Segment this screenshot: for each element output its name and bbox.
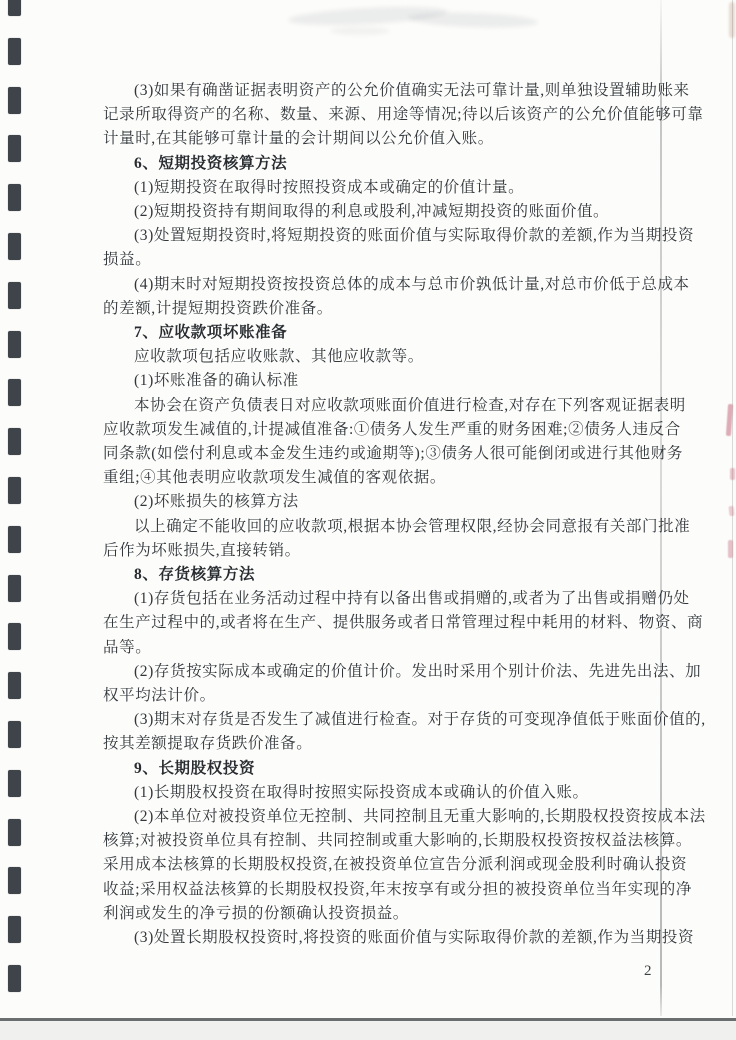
scanned-document-page: (3)如果有确凿证据表明资产的公允价值确实无法可靠计量,则单独设置辅助账来记录所…	[0, 0, 736, 1040]
binding-hole	[8, 184, 21, 211]
edge-stain-mark	[729, 2, 735, 38]
body-text-line: 采用成本法核算的长期股权投资,在被投资单位宣告分派利润或现金股利时确认投资	[103, 854, 687, 878]
body-text-line: 后作为坏账损失,直接转销。	[103, 540, 301, 564]
binding-hole	[8, 672, 21, 699]
binding-hole	[8, 233, 21, 260]
body-text-line: 在生产过程中的,或者将在生产、提供服务或者日常管理过程中耗用的材料、物资、商	[103, 612, 703, 636]
binding-hole	[8, 916, 21, 943]
binding-hole	[8, 135, 21, 162]
body-text-line: (3)处置长期股权投资时,将投资的账面价值与实际取得价款的差额,作为当期投资	[103, 927, 694, 951]
binding-hole	[8, 87, 21, 114]
binding-hole	[8, 721, 21, 748]
body-text-line: 以上确定不能收回的应收款项,根据本协会管理权限,经协会同意报有关部门批准	[103, 516, 690, 540]
body-text-line: 利润或发生的净亏损的份额确认投资损益。	[103, 903, 409, 927]
binding-hole	[8, 428, 21, 455]
body-text-line: 同条款(如偿付利息或本金发生违约或逾期等);③债务人很可能倒闭或进行其他财务	[103, 443, 683, 467]
body-text-line: 品等。	[103, 637, 151, 661]
binding-hole	[8, 526, 21, 553]
body-text-line: (1)长期股权投资在取得时按照实际投资成本或确认的价值入账。	[103, 782, 589, 806]
body-text-line: (2)本单位对被投资单位无控制、共同控制且无重大影响的,长期股权投资按成本法	[103, 806, 706, 830]
red-seal-mark	[730, 468, 735, 480]
page-number: 2	[644, 963, 652, 980]
body-text-line: (2)存货按实际成本或确定的价值计价。发出时采用个别计价法、先进先出法、加	[103, 661, 701, 685]
binding-hole	[8, 965, 21, 992]
body-text-line: 按其差额提取存货跌价准备。	[103, 733, 312, 757]
binding-hole	[8, 477, 21, 504]
body-text-line: (1)短期投资在取得时按照投资成本或确定的价值计量。	[103, 177, 524, 201]
body-text-line: (1)存货包括在业务活动过程中持有以备出售或捐赠的,或者为了出售或捐赠仍处	[103, 588, 690, 612]
body-text-line: 重组;④其他表明应收款项发生减值的客观依据。	[103, 467, 446, 491]
show-through-smudge	[408, 11, 538, 30]
body-text-line: 损益。	[103, 249, 151, 273]
scan-bottom-strip	[0, 1021, 736, 1040]
body-text-line: 的差额,计提短期投资跌价准备。	[103, 298, 333, 322]
body-text-line: 本协会在资产负债表日对应收款项账面价值进行检查,对存在下列客观证据表明	[103, 395, 686, 419]
body-text-line: 核算;对被投资单位具有控制、共同控制或重大影响的,长期股权投资按权益法核算。	[103, 830, 692, 854]
body-text-line: (3)期末对存货是否发生了减值进行检查。对于存货的可变现净值低于账面价值的,	[103, 709, 706, 733]
binding-hole	[8, 819, 21, 846]
binding-hole	[8, 867, 21, 894]
body-text-line: (3)如果有确凿证据表明资产的公允价值确实无法可靠计量,则单独设置辅助账来	[103, 80, 690, 104]
binding-hole	[8, 331, 21, 358]
body-text-line: (1)坏账准备的确认标准	[103, 370, 299, 394]
binding-hole	[8, 38, 21, 65]
body-text-line: 收益;采用权益法核算的长期股权投资,年末按享有或分担的被投资单位当年实现的净	[103, 879, 692, 903]
show-through-smudge	[330, 27, 390, 35]
document-body: (3)如果有确凿证据表明资产的公允价值确实无法可靠计量,则单独设置辅助账来记录所…	[103, 80, 669, 960]
body-text-line: (2)短期投资持有期间取得的利息或股利,冲减短期投资的账面价值。	[103, 201, 609, 225]
section-heading-line: 7、应收款项坏账准备	[103, 322, 287, 346]
body-text-line: (4)期末时对短期投资按投资总体的成本与总市价孰低计量,对总市价低于总成本	[103, 274, 690, 298]
binding-hole	[8, 623, 21, 650]
binding-hole	[8, 379, 21, 406]
binding-hole	[8, 770, 21, 797]
body-text-line: (2)坏账损失的核算方法	[103, 491, 299, 515]
red-seal-mark	[728, 540, 733, 558]
body-text-line: (3)处置短期投资时,将短期投资的账面价值与实际取得价款的差额,作为当期投资	[103, 225, 694, 249]
section-heading-line: 8、存货核算方法	[103, 564, 255, 588]
body-text-line: 权平均法计价。	[103, 685, 216, 709]
red-seal-mark	[728, 506, 734, 516]
body-text-line: 记录所取得资产的名称、数量、来源、用途等情况;待以后该资产的公允价值能够可靠	[103, 104, 704, 128]
binding-hole	[8, 282, 21, 309]
section-heading-line: 9、长期股权投资	[103, 758, 255, 782]
binding-hole	[8, 575, 21, 602]
section-heading-line: 6、短期投资核算方法	[103, 153, 287, 177]
body-text-line: 计量时,在其能够可靠计量的会计期间以公允价值入账。	[103, 128, 494, 152]
binding-hole	[8, 0, 21, 16]
body-text-line: 应收款项发生减值的,计提减值准备:①债务人发生严重的财务困难;②债务人违反合	[103, 419, 681, 443]
body-text-line: 应收款项包括应收账款、其他应收款等。	[103, 346, 424, 370]
